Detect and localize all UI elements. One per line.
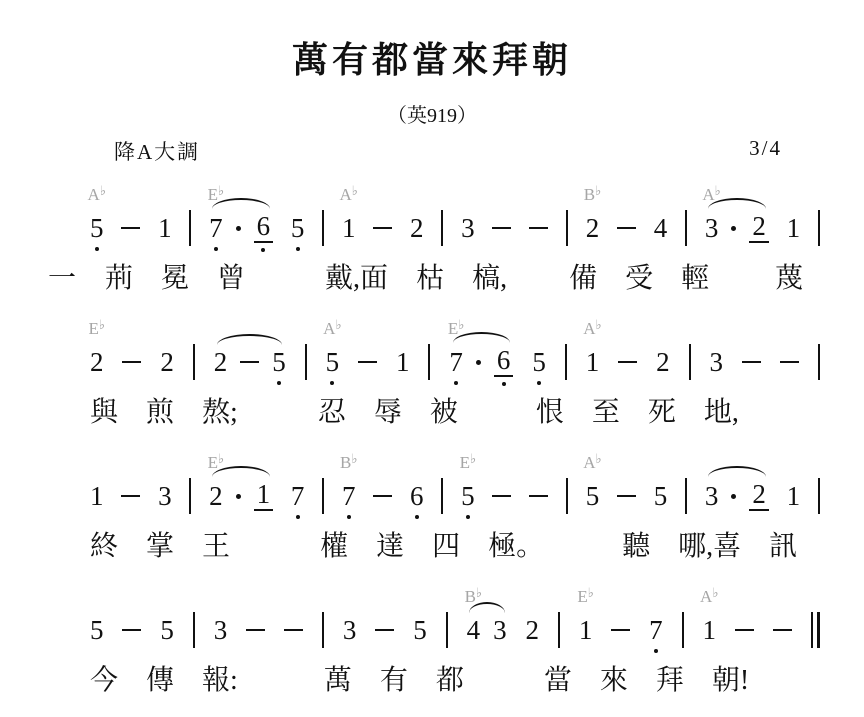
note: 5: [90, 617, 104, 644]
note: 2: [656, 349, 670, 376]
note: 5: [291, 215, 305, 242]
dash-rest: [246, 629, 265, 631]
dash-rest: [121, 495, 140, 497]
dash-rest: [742, 361, 761, 363]
lyric-syllable: 權: [320, 528, 348, 566]
lyric-line: 與煎熬;忍辱被恨至死地,: [90, 394, 864, 432]
dash-rest: [735, 629, 754, 631]
note: 2: [525, 617, 539, 644]
lyric-syllable: 煎: [146, 394, 174, 432]
page-title: 萬有都當來拜朝: [0, 32, 864, 83]
dash-rest: [617, 227, 636, 229]
barline: [428, 344, 430, 380]
lyric-syllable: 被: [430, 394, 458, 432]
dash-rest: [618, 361, 637, 363]
flat-icon: ♭: [100, 183, 106, 198]
lyric-syllable: 哪,喜: [678, 528, 741, 566]
lyric-syllable: 死: [648, 394, 676, 432]
lyric-syllable: 萬: [324, 662, 352, 700]
chord-label: E♭: [448, 318, 465, 337]
low-octave-dot: [296, 515, 300, 519]
barline: [818, 210, 820, 246]
barline: [305, 344, 307, 380]
note: 5: [654, 483, 668, 510]
note: 1: [90, 483, 104, 510]
verse-number: 一: [48, 260, 76, 298]
slur-group: 4B♭3: [467, 617, 507, 644]
barline: [566, 210, 568, 246]
dash-rest: [358, 361, 377, 363]
dash-rest: [122, 629, 141, 631]
flat-icon: ♭: [596, 451, 602, 466]
lyric-syllable: 槁,: [472, 260, 507, 298]
slur-group: 7E♭6: [209, 213, 273, 243]
note: 1: [254, 481, 274, 511]
lyric-syllable: 極。: [488, 528, 544, 566]
note: 5: [272, 349, 286, 376]
note: 5: [413, 617, 427, 644]
lyric-syllable: 四: [432, 528, 460, 566]
note: 2: [749, 481, 769, 511]
note: 1: [396, 349, 410, 376]
dash-rest: [492, 495, 511, 497]
lyric-spacer: [486, 413, 508, 414]
note: 1E♭: [579, 617, 593, 644]
lyric-syllable: 冕: [161, 260, 189, 298]
note: 3: [705, 483, 719, 510]
final-barline: [811, 612, 820, 648]
note: 5E♭: [461, 483, 475, 510]
flat-icon: ♭: [458, 317, 464, 332]
barline: [193, 344, 195, 380]
dash-rest: [780, 361, 799, 363]
barline: [566, 478, 568, 514]
note: 3A♭: [705, 215, 719, 242]
barline: [446, 612, 448, 648]
note: 3: [709, 349, 723, 376]
barline: [818, 344, 820, 380]
barline: [817, 612, 820, 648]
barline: [193, 612, 195, 648]
chord-label: A♭: [583, 318, 601, 337]
music-line: 132E♭177B♭65E♭5A♭5321: [90, 446, 820, 520]
slur-group: 3A♭2: [705, 213, 769, 243]
low-octave-dot: [347, 515, 351, 519]
low-octave-dot: [537, 381, 541, 385]
chord-label: E♭: [208, 452, 225, 471]
note: 3: [461, 215, 475, 242]
slur-group: 32: [705, 481, 769, 511]
note: 2E♭: [90, 349, 104, 376]
flat-icon: ♭: [588, 585, 594, 600]
chord-label: E♭: [577, 586, 594, 605]
music-line: 2E♭2255A♭17E♭651A♭23: [90, 312, 820, 386]
note: 3: [214, 617, 228, 644]
dash-rest: [529, 227, 548, 229]
low-octave-dot: [415, 515, 419, 519]
lyric-syllable: 來: [600, 662, 628, 700]
barline: [818, 478, 820, 514]
barline: [322, 210, 324, 246]
lyric-syllable: 與: [90, 394, 118, 432]
barline: [558, 612, 560, 648]
note: 2: [160, 349, 174, 376]
lyric-syllable: 拜: [656, 662, 684, 700]
lyric-syllable: 熬;: [202, 394, 238, 432]
barline: [565, 344, 567, 380]
note: 2B♭: [586, 215, 600, 242]
dash-rest: [617, 495, 636, 497]
dash-rest: [240, 361, 259, 363]
lyric-syllable: 戴,面: [325, 260, 388, 298]
lyric-syllable: 受: [625, 260, 653, 298]
low-octave-dot: [296, 247, 300, 251]
barline: [441, 210, 443, 246]
chord-label: B♭: [584, 184, 601, 203]
lyric-spacer: [266, 413, 290, 414]
dash-rest: [122, 361, 141, 363]
note: 5: [160, 617, 174, 644]
augmentation-dot: [236, 494, 241, 499]
time-signature: 3/4: [749, 136, 782, 166]
lyric-syllable: 地,: [704, 394, 739, 432]
lyric-syllable: 至: [592, 394, 620, 432]
music-line: 553354B♭321E♭71A♭: [90, 580, 820, 654]
dash-rest: [773, 629, 792, 631]
flat-icon: ♭: [351, 451, 357, 466]
lyric-syllable: 備: [569, 260, 597, 298]
lyric-line: 終掌王權達四極。聽哪,喜訊: [90, 528, 864, 566]
low-octave-dot: [502, 382, 506, 386]
lyric-syllable: 忍: [318, 394, 346, 432]
low-octave-dot: [466, 515, 470, 519]
chord-label: B♭: [340, 452, 357, 471]
lyric-line: 今傳報:萬有都當來拜朝!: [90, 662, 864, 700]
chord-label: A♭: [323, 318, 341, 337]
note: 2: [410, 215, 424, 242]
low-octave-dot: [261, 248, 265, 252]
barline: [322, 478, 324, 514]
barline: [189, 478, 191, 514]
flat-icon: ♭: [470, 451, 476, 466]
flat-icon: ♭: [712, 585, 718, 600]
note: 7: [291, 483, 305, 510]
slur-group: 2E♭1: [209, 481, 273, 511]
chord-label: A♭: [340, 184, 358, 203]
slur-group: 25: [214, 349, 286, 376]
barline: [441, 478, 443, 514]
lyric-spacer: [572, 547, 594, 548]
note: 2E♭: [209, 483, 223, 510]
chord-label: A♭: [702, 184, 720, 203]
note: 6: [494, 347, 514, 377]
lyric-syllable: 輕: [681, 260, 709, 298]
augmentation-dot: [731, 494, 736, 499]
note: 7E♭: [449, 349, 463, 376]
low-octave-dot: [330, 381, 334, 385]
lyric-syllable: 報:: [202, 662, 238, 700]
barline: [322, 612, 324, 648]
augmentation-dot: [731, 226, 736, 231]
chord-label: A♭: [88, 184, 106, 203]
flat-icon: ♭: [476, 585, 482, 600]
note: 4: [654, 215, 668, 242]
note: 2: [214, 349, 228, 376]
flat-icon: ♭: [99, 317, 105, 332]
flat-icon: ♭: [218, 183, 224, 198]
flat-icon: ♭: [715, 183, 721, 198]
dash-rest: [492, 227, 511, 229]
note: 1A♭: [342, 215, 356, 242]
key-signature: 降A大調: [114, 136, 200, 166]
chord-label: A♭: [700, 586, 718, 605]
lyric-syllable: 荊: [105, 260, 133, 298]
flat-icon: ♭: [218, 451, 224, 466]
low-octave-dot: [214, 247, 218, 251]
music-sheet: 5A♭17E♭651A♭232B♭43A♭21一荊冕曾戴,面枯槁,備受輕蔑2E♭…: [0, 178, 864, 700]
note: 1: [787, 215, 801, 242]
note: 1A♭: [703, 617, 717, 644]
lyric-spacer: [737, 279, 747, 280]
flat-icon: ♭: [595, 183, 601, 198]
lyric-spacer: [258, 547, 292, 548]
lyric-spacer: [492, 681, 516, 682]
low-octave-dot: [454, 381, 458, 385]
lyric-syllable: 蔑: [775, 260, 803, 298]
note: 1: [787, 483, 801, 510]
lyric-spacer: [535, 279, 541, 280]
dash-rest: [284, 629, 303, 631]
chord-label: E♭: [460, 452, 477, 471]
barline: [685, 478, 687, 514]
lyric-syllable: 今: [90, 662, 118, 700]
note: 1A♭: [586, 349, 600, 376]
lyric-syllable: 聽: [622, 528, 650, 566]
note: 6: [254, 213, 274, 243]
flat-icon: ♭: [596, 317, 602, 332]
lyric-syllable: 有: [380, 662, 408, 700]
lyric-syllable: 枯: [416, 260, 444, 298]
slur-arc: [708, 466, 766, 477]
note: 3: [158, 483, 172, 510]
lyric-syllable: 訊: [769, 528, 797, 566]
note: 5: [532, 349, 546, 376]
music-line: 5A♭17E♭651A♭232B♭43A♭21: [90, 178, 820, 252]
dash-rest: [121, 227, 140, 229]
dash-rest: [375, 629, 394, 631]
barline: [682, 612, 684, 648]
flat-icon: ♭: [352, 183, 358, 198]
lyric-line: 一荊冕曾戴,面枯槁,備受輕蔑: [105, 260, 864, 298]
dash-rest: [529, 495, 548, 497]
lyric-syllable: 終: [90, 528, 118, 566]
note: 7: [649, 617, 663, 644]
barline: [685, 210, 687, 246]
flat-icon: ♭: [335, 317, 341, 332]
lyric-syllable: 達: [376, 528, 404, 566]
note: 7B♭: [342, 483, 356, 510]
lyric-spacer: [266, 681, 296, 682]
note: 6: [410, 483, 424, 510]
note: 3: [343, 617, 357, 644]
lyric-syllable: 朝!: [712, 662, 749, 700]
slur-group: 7E♭6: [449, 347, 513, 377]
lyric-syllable: 傳: [146, 662, 174, 700]
chord-label: B♭: [465, 586, 482, 605]
chord-label: E♭: [208, 184, 225, 203]
note: 1: [158, 215, 172, 242]
note: 7E♭: [209, 215, 223, 242]
note: 2: [749, 213, 769, 243]
lyric-syllable: 王: [202, 528, 230, 566]
low-octave-dot: [277, 381, 281, 385]
low-octave-dot: [654, 649, 658, 653]
slur-arc: [217, 334, 282, 345]
lyric-syllable: 當: [544, 662, 572, 700]
hymn-number: （英919）: [0, 99, 864, 128]
barline: [189, 210, 191, 246]
dash-rest: [611, 629, 630, 631]
low-octave-dot: [95, 247, 99, 251]
lyric-syllable: 都: [436, 662, 464, 700]
note: 5A♭: [586, 483, 600, 510]
dash-rest: [373, 227, 392, 229]
augmentation-dot: [236, 226, 241, 231]
note: 3: [493, 617, 507, 644]
note: 5A♭: [90, 215, 104, 242]
dash-rest: [373, 495, 392, 497]
note: 5A♭: [326, 349, 340, 376]
lyric-syllable: 辱: [374, 394, 402, 432]
lyric-syllable: 曾: [217, 260, 245, 298]
lyric-syllable: 掌: [146, 528, 174, 566]
chord-label: E♭: [88, 318, 105, 337]
lyric-syllable: 恨: [536, 394, 564, 432]
barline: [811, 612, 813, 648]
note: 4B♭: [467, 617, 481, 644]
augmentation-dot: [476, 360, 481, 365]
chord-label: A♭: [583, 452, 601, 471]
lyric-spacer: [273, 279, 297, 280]
barline: [689, 344, 691, 380]
key-time-row: 降A大調 3/4: [0, 136, 864, 166]
